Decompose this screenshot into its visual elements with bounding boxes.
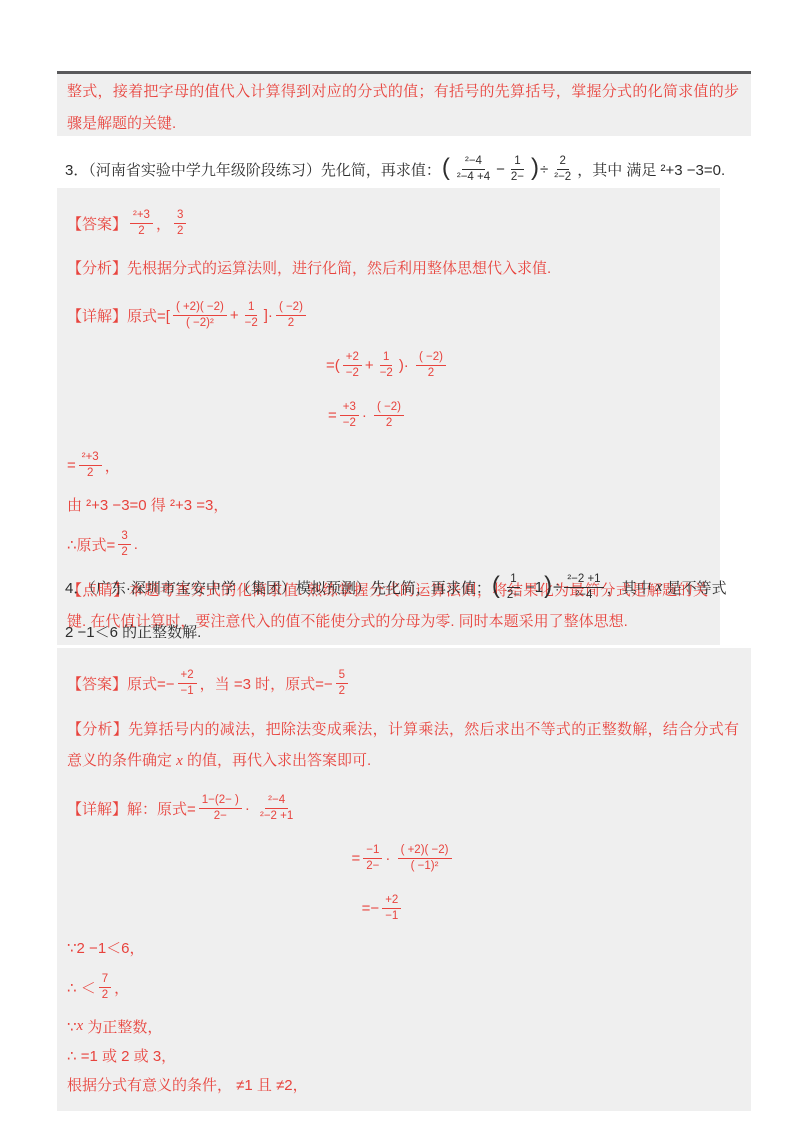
equation-step: ∵x 为正整数，	[67, 1016, 739, 1037]
problem4-statement: 4．（广东·深圳市宝安中学（集团）模拟预测）先化简，再求值：(12−−1)÷²−…	[57, 558, 757, 648]
document-page: 整式，接着把字母的值代入计算得到对应的分式的值；有括号的先算括号，掌握分式的化简…	[0, 0, 793, 1122]
problem4-statement-line1: 4．（广东·深圳市宝安中学（集团）模拟预测）先化简，再求值：(12−−1)÷²−…	[65, 566, 757, 608]
equation-step: =−12−· ( +2)( −2)( −1)²	[67, 837, 739, 879]
intro-text: 整式，接着把字母的值代入计算得到对应的分式的值；有括号的先算括号，掌握分式的化简…	[67, 76, 739, 140]
fraction: 32	[174, 208, 186, 239]
fraction: ²−4²−4 +4	[454, 154, 493, 185]
fraction: +2−1	[178, 668, 197, 699]
fraction: 2²−2	[551, 154, 574, 185]
fraction: ²−4²−2 +1	[257, 793, 296, 824]
equation-step: =(+2−2+1−2)· ( −2)2	[67, 344, 708, 386]
problem3-statement: 3．（河南省实验中学九年级阶段练习）先化简，再求值：(²−4²−4 +4−12−…	[57, 148, 757, 190]
fraction: 32	[118, 529, 130, 560]
fraction: ²−2 +1²−4	[564, 572, 603, 603]
equation-step: =−+2−1	[67, 887, 739, 929]
fraction: +2−1	[382, 893, 401, 924]
equation-step: 由 ²+3 −3=0 得 ²+3 =3，	[67, 494, 708, 515]
equation-step: ∴ =1 或 2 或 3，	[67, 1045, 739, 1066]
fraction: 1−(2− )2−	[199, 793, 242, 824]
fraction: +3−2	[340, 400, 359, 431]
fraction: ²+32	[79, 450, 102, 481]
big-paren: )	[531, 156, 539, 180]
fraction: ²+32	[130, 208, 153, 239]
fraction: ( −2)2	[374, 400, 404, 431]
fraction: 52	[336, 668, 348, 699]
fraction: 12−	[508, 154, 527, 185]
problem3-analysis-line: 【分析】先根据分式的运算法则，进行化简，然后利用整体思想代入求值.	[67, 254, 708, 284]
equation-step: 根据分式有意义的条件， ≠1 且 ≠2，	[67, 1074, 739, 1095]
fraction: −12−	[363, 843, 382, 874]
big-paren: (	[492, 574, 500, 598]
fraction: 72	[99, 972, 111, 1003]
problem4-statement-line2: 2 −1＜6 的正整数解.	[65, 618, 757, 648]
problem3-detail-line: 【详解】原式=[( +2)( −2)( −2)²+1−2]·( −2)2	[67, 294, 708, 336]
problem4-analysis: 【分析】先算括号内的减法，把除法变成乘法，计算乘法，然后求出不等式的正整数解，结…	[67, 714, 739, 777]
fraction: ( −2)2	[276, 300, 306, 331]
equation-step: =+3−2· ( −2)2	[67, 394, 708, 436]
fraction: ( +2)( −2)( −1)²	[398, 843, 452, 874]
fraction: ( −2)2	[416, 350, 446, 381]
big-paren: )	[544, 574, 552, 598]
problem4-detail-line: 【详解】解：原式=1−(2− )2−· ²−4²−2 +1	[67, 787, 739, 829]
problem4-answer-line: 【答案】原式=−+2−1，当 =3 时，原式=−52	[67, 662, 739, 704]
fraction: 1−2	[377, 350, 396, 381]
problem3-answer-line: 【答案】²+32，32	[67, 202, 708, 244]
fraction: 12−	[504, 572, 523, 603]
equation-step: ∵2 −1＜6，	[67, 937, 739, 958]
equation-step: ∴ ＜72，	[67, 966, 739, 1008]
big-paren: (	[442, 156, 450, 180]
fraction: +2−2	[343, 350, 362, 381]
equation-step: =²+32，	[67, 444, 708, 486]
fraction: ( +2)( −2)( −2)²	[173, 300, 227, 331]
intro-highlight-band: 整式，接着把字母的值代入计算得到对应的分式的值；有括号的先算括号，掌握分式的化简…	[57, 74, 751, 136]
problem4-solution-band: 【答案】原式=−+2−1，当 =3 时，原式=−52 【分析】先算括号内的减法，…	[57, 648, 751, 1111]
fraction: 1−2	[242, 300, 261, 331]
